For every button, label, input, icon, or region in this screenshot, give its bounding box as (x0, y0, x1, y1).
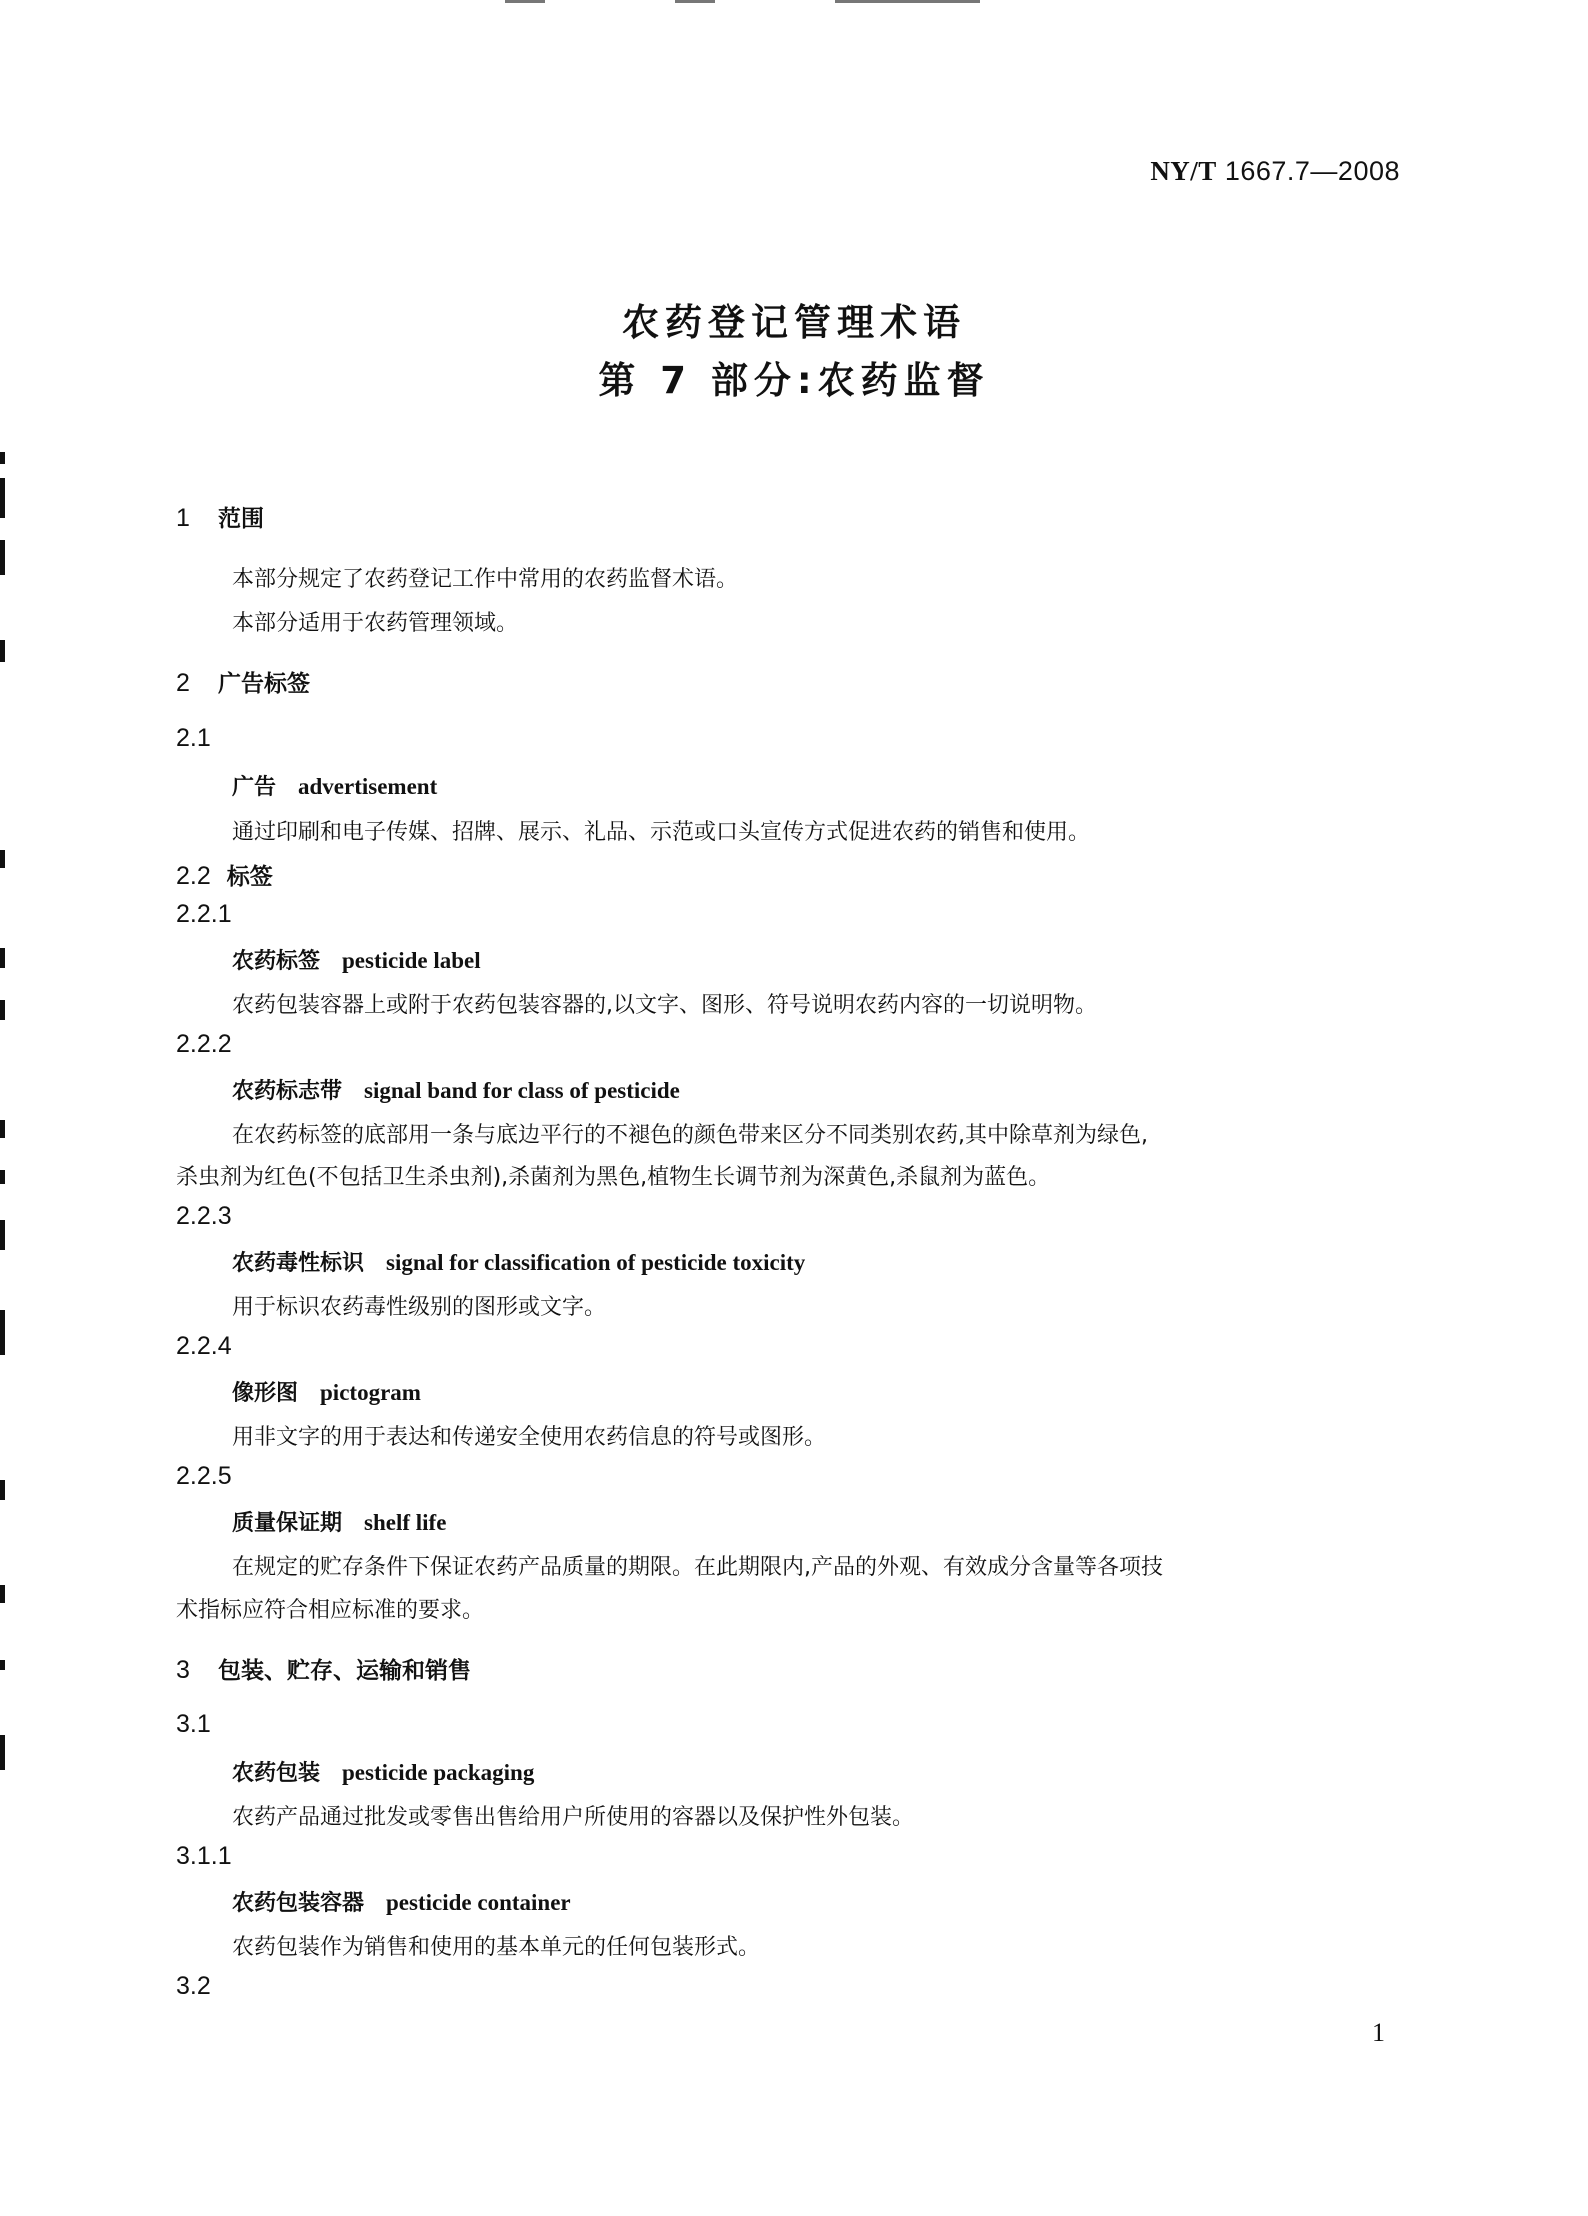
scan-artifact-left (0, 1660, 5, 1670)
term-en: pictogram (320, 1380, 421, 1405)
section-number: 1 (176, 504, 218, 533)
term-zh: 质量保证期 (232, 1511, 342, 1536)
definition: 农药产品通过批发或零售出售给用户所使用的容器以及保护性外包装。 (232, 1800, 914, 1831)
page-number: 1 (1372, 2018, 1385, 2048)
clause-number-2-2-2: 2.2.2 (176, 1030, 232, 1059)
clause-number-2-2-1: 2.2.1 (176, 900, 232, 929)
term-zh: 农药毒性标识 (232, 1251, 364, 1276)
section-number: 3 (176, 1656, 218, 1685)
document-number: NY/T 1667.7—2008 (1150, 156, 1400, 187)
term-en: signal for classification of pesticide t… (386, 1250, 805, 1275)
scan-artifact-left (0, 1735, 5, 1770)
definition-line: 在农药标签的底部用一条与底边平行的不褪色的颜色带来区分不同类别农药,其中除草剂为… (232, 1118, 1148, 1149)
definition-line: 杀虫剂为红色(不包括卫生杀虫剂),杀菌剂为黑色,植物生长调节剂为深黄色,杀鼠剂为… (176, 1160, 1050, 1191)
clause-number-2-2-5: 2.2.5 (176, 1462, 232, 1491)
term-entry-signal-band: 农药标志带signal band for class of pesticide (232, 1074, 680, 1105)
term-en: signal band for class of pesticide (364, 1078, 680, 1103)
scan-artifact-left (0, 1170, 5, 1184)
clause-title: 标签 (227, 864, 273, 890)
document-page: NY/T 1667.7—2008 农药登记管理术语 第 7 部分:农药监督 1范… (0, 0, 1588, 2216)
scan-artifact-top (675, 0, 715, 3)
section-title: 包装、贮存、运输和销售 (218, 1658, 471, 1684)
definition: 用非文字的用于表达和传递安全使用农药信息的符号或图形。 (232, 1420, 826, 1451)
paragraph: 本部分规定了农药登记工作中常用的农药监督术语。 (232, 562, 738, 593)
scan-artifact-top (835, 0, 980, 3)
clause-number-3-1-1: 3.1.1 (176, 1842, 232, 1871)
document-code: 1667.7—2008 (1225, 156, 1400, 186)
term-entry-advertisement: 广告advertisement (232, 770, 437, 801)
term-zh: 农药包装容器 (232, 1891, 364, 1916)
section-heading-3: 3包装、贮存、运输和销售 (176, 1652, 471, 1685)
term-entry-shelf-life: 质量保证期shelf life (232, 1506, 446, 1537)
scan-artifact-left (0, 640, 5, 662)
scan-artifact-left (0, 1220, 5, 1250)
clause-number-3-2: 3.2 (176, 1972, 211, 2001)
section-heading-1: 1范围 (176, 500, 264, 533)
definition: 农药包装作为销售和使用的基本单元的任何包装形式。 (232, 1930, 760, 1961)
term-zh: 农药标签 (232, 949, 320, 974)
scan-artifact-top (505, 0, 545, 3)
scan-artifact-left (0, 540, 5, 575)
scan-artifact-left (0, 1000, 5, 1020)
term-zh: 农药包装 (232, 1761, 320, 1786)
scan-artifact-left (0, 1310, 5, 1355)
term-en: advertisement (298, 774, 437, 799)
clause-number-2-1: 2.1 (176, 724, 211, 753)
section-number: 2 (176, 669, 218, 698)
definition: 通过印刷和电子传媒、招牌、展示、礼品、示范或口头宣传方式促进农药的销售和使用。 (232, 815, 1090, 846)
scan-artifact-left (0, 1480, 5, 1500)
section-title: 广告标签 (218, 671, 310, 697)
scan-artifact-left (0, 948, 5, 968)
scan-artifact-left (0, 452, 5, 464)
definition: 农药包装容器上或附于农药包装容器的,以文字、图形、符号说明农药内容的一切说明物。 (232, 988, 1097, 1019)
scan-artifact-left (0, 1120, 5, 1138)
term-entry-toxicity-signal: 农药毒性标识signal for classification of pesti… (232, 1246, 805, 1277)
definition-line: 在规定的贮存条件下保证农药产品质量的期限。在此期限内,产品的外观、有效成分含量等… (232, 1550, 1163, 1581)
term-en: pesticide packaging (342, 1760, 534, 1785)
term-zh: 像形图 (232, 1381, 298, 1406)
term-zh: 农药标志带 (232, 1079, 342, 1104)
term-entry-pesticide-label: 农药标签pesticide label (232, 944, 481, 975)
clause-number: 2.2 (176, 862, 211, 890)
clause-number-3-1: 3.1 (176, 1710, 211, 1739)
clause-number-2-2-4: 2.2.4 (176, 1332, 232, 1361)
section-title: 范围 (218, 506, 264, 532)
paragraph: 本部分适用于农药管理领域。 (232, 606, 518, 637)
definition-line: 术指标应符合相应标准的要求。 (176, 1593, 484, 1624)
scan-artifact-left (0, 478, 5, 518)
scan-artifact-left (0, 850, 5, 868)
page-title: 农药登记管理术语 (0, 292, 1588, 346)
section-heading-2: 2广告标签 (176, 665, 310, 698)
scan-artifact-left (0, 1585, 5, 1603)
term-en: pesticide label (342, 948, 481, 973)
term-en: pesticide container (386, 1890, 571, 1915)
clause-heading-2-2: 2.2标签 (176, 858, 273, 891)
definition: 用于标识农药毒性级别的图形或文字。 (232, 1290, 606, 1321)
term-entry-pesticide-container: 农药包装容器pesticide container (232, 1886, 571, 1917)
term-zh: 广告 (232, 775, 276, 800)
term-en: shelf life (364, 1510, 446, 1535)
term-entry-pictogram: 像形图pictogram (232, 1376, 421, 1407)
term-entry-pesticide-packaging: 农药包装pesticide packaging (232, 1756, 534, 1787)
page-subtitle: 第 7 部分:农药监督 (0, 350, 1588, 404)
clause-number-2-2-3: 2.2.3 (176, 1202, 232, 1231)
document-prefix: NY/T (1150, 156, 1217, 186)
